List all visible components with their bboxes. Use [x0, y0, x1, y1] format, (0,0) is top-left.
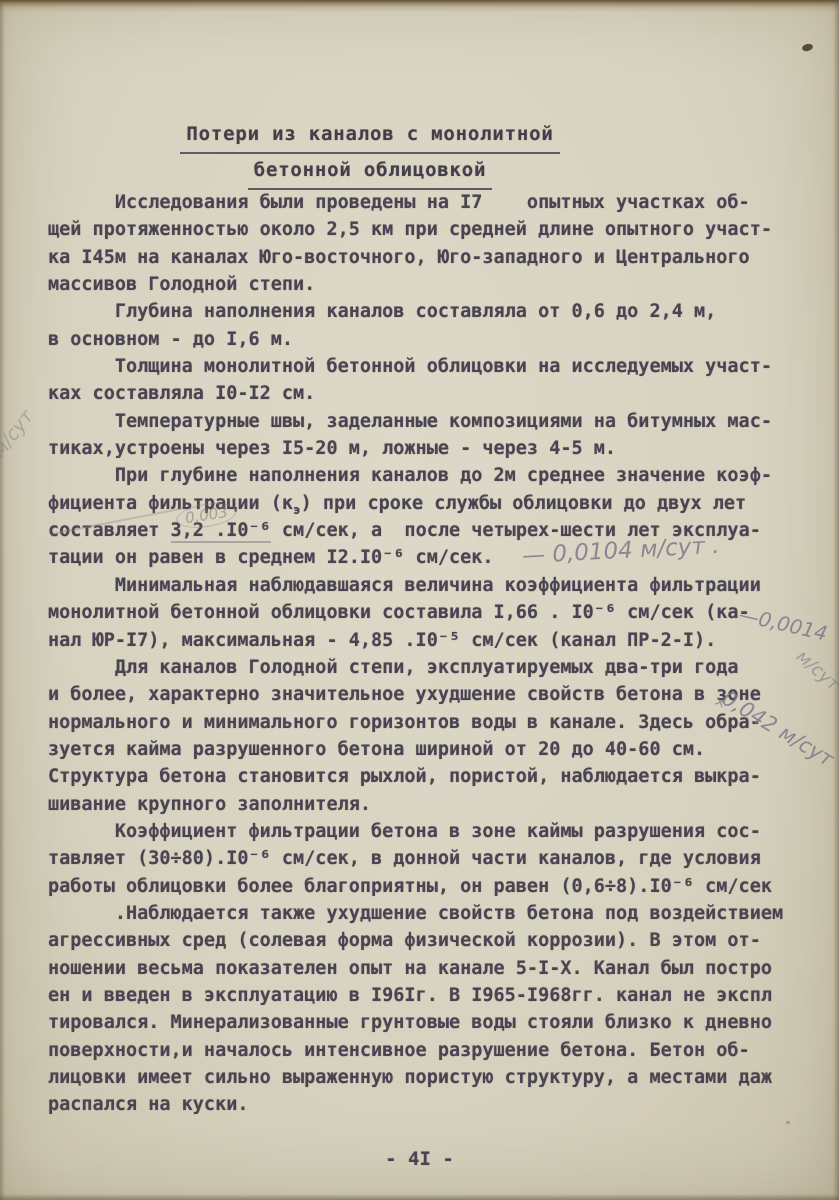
text-line: агрессивных сред (солевая форма физическ…: [48, 927, 783, 954]
text-line: щей протяженностью около 2,5 км при сред…: [48, 216, 783, 243]
text-line: поверхности,и началось интенсивное разру…: [48, 1037, 783, 1064]
text-line: массивов Голодной степи.: [48, 271, 783, 298]
text-line: Температурные швы, заделанные композиция…: [48, 408, 783, 435]
scan-edge-left: [0, 0, 5, 1200]
text-line: Структура бетона становится рыхлой, пори…: [48, 763, 783, 790]
text-line: ках составляла I0-I2 см.: [48, 380, 783, 407]
text-line: нал ЮР-I7), максимальная - 4,85 .I0⁻⁵ см…: [48, 627, 783, 654]
text-line: Для каналов Голодной степи, эксплуатируе…: [48, 654, 783, 681]
title-line-2: бетонной облицовкой: [130, 154, 610, 190]
text-line: работы облицовки более благоприятны, он …: [48, 873, 783, 900]
title-text-1: Потери из каналов с монолитной: [180, 118, 559, 154]
text-line: зуется кайма разрушенного бетона шириной…: [48, 736, 783, 763]
title-line-1: Потери из каналов с монолитной: [130, 118, 610, 154]
text-line: и более, характерно значительное ухудшен…: [48, 681, 783, 708]
handwritten-left-margin-note: м/сут: [0, 406, 38, 462]
text-line: в основном - до I,6 м.: [48, 326, 783, 353]
scanned-document-page: Потери из каналов с монолитной бетонной …: [0, 0, 839, 1200]
text-line: Толщина монолитной бетонной облицовки на…: [48, 353, 783, 380]
text-line: нормального и минимального горизонтов во…: [48, 709, 783, 736]
text-line: Минимальная наблюдавшаяся величина коэфф…: [48, 572, 783, 599]
text-line: Исследования были проведены на I7 опытны…: [48, 189, 783, 216]
text-line: При глубине наполнения каналов до 2м сре…: [48, 462, 783, 489]
scan-edge-right: [833, 0, 839, 1200]
page-number: - 4I -: [0, 1148, 839, 1170]
text-line: ен и введен в эксплуатацию в I96Iг. В I9…: [48, 982, 783, 1009]
text-line: ка I45м на каналах Юго-восточного, Юго-з…: [48, 244, 783, 271]
text-line: монолитной бетонной облицовки составила …: [48, 599, 783, 626]
ink-spot: [801, 43, 813, 52]
text-line: ношении весьма показателен опыт на канал…: [48, 955, 783, 982]
text-line: тиках,устроены через I5-20 м, ложные - ч…: [48, 435, 783, 462]
paper-speck: [786, 1121, 790, 1124]
text-line: тавляет (30÷80).I0⁻⁶ см/сек, в донной ча…: [48, 845, 783, 872]
document-body: Исследования были проведены на I7 опытны…: [48, 189, 783, 1119]
text-line: Глубина наполнения каналов составляла от…: [48, 298, 783, 325]
text-line: Коэффициент фильтрации бетона в зоне кай…: [48, 818, 783, 845]
text-line: шивание крупного заполнителя.: [48, 791, 783, 818]
text-line: лицовки имеет сильно выраженную пористую…: [48, 1064, 783, 1091]
scan-edge-bottom: [0, 1194, 839, 1200]
handwritten-margin-note-1b: м/сут: [792, 646, 839, 696]
title-text-2: бетонной облицовкой: [248, 154, 493, 190]
text-line: распался на куски.: [48, 1091, 783, 1118]
text-line: .Наблюдается также ухудшение свойств бет…: [48, 900, 783, 927]
text-line: тировался. Минерализованные грунтовые во…: [48, 1009, 783, 1036]
scan-edge-top: [0, 0, 839, 12]
document-title: Потери из каналов с монолитной бетонной …: [130, 118, 610, 190]
